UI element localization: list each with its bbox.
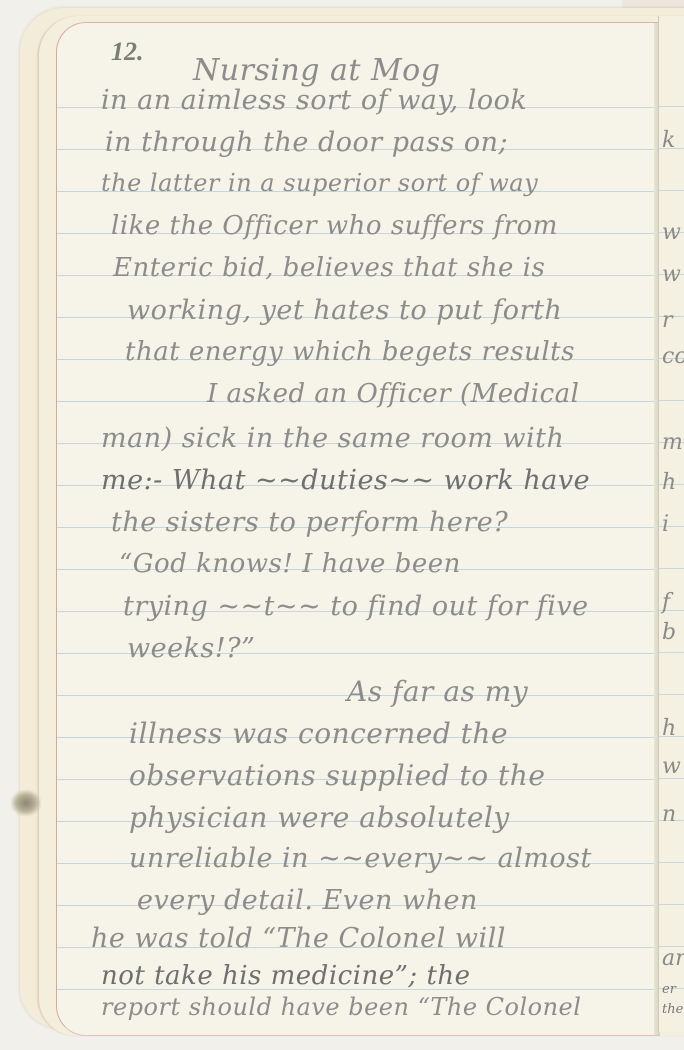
facing-page-fragment: then	[662, 1002, 684, 1017]
text-line: in an aimless sort of way, look	[101, 85, 527, 116]
text-line: observations supplied to the	[129, 759, 545, 792]
text-line: report should have been “The Colonel	[101, 993, 581, 1021]
text-line: illness was concerned the	[129, 717, 508, 750]
facing-page-fragment: i	[662, 512, 669, 537]
ruled-line	[659, 694, 684, 695]
text-line: in through the door pass on;	[105, 127, 508, 158]
ruled-line	[659, 568, 684, 569]
text-line: weeks!?”	[127, 633, 255, 664]
facing-page-fragment: n	[662, 802, 676, 827]
facing-page-fragment: m	[662, 430, 683, 455]
text-line: As far as my	[347, 675, 528, 708]
text-line: Enteric bid, believes that she is	[113, 253, 545, 283]
ruled-line	[659, 652, 684, 653]
text-line: “God knows! I have been	[119, 549, 461, 579]
ruled-line	[659, 862, 684, 863]
text-line: not take his medicine”; the	[101, 961, 471, 991]
facing-page-fragment: f	[662, 590, 670, 615]
text-line: he was told “The Colonel will	[91, 923, 506, 954]
page-heading: Nursing at Mog	[193, 53, 440, 88]
facing-page-fragment: w	[662, 754, 681, 779]
facing-page-fragment: h	[662, 470, 676, 495]
ruled-line	[659, 190, 684, 191]
text-line: unreliable in ~~every~~ almost	[129, 843, 592, 874]
ruled-line	[659, 400, 684, 401]
page-edge-stain	[11, 790, 41, 816]
notebook-page: 12. Nursing at Mog in an aimless sort of…	[56, 22, 660, 1036]
facing-page-fragment: r	[662, 308, 673, 333]
facing-page-fragment: b	[662, 620, 676, 645]
text-line: working, yet hates to put forth	[127, 295, 562, 326]
facing-page-fragment: w	[662, 220, 681, 245]
facing-page-fragment: h	[662, 716, 676, 741]
text-line: physician were absolutely	[129, 801, 510, 834]
text-line: every detail. Even when	[137, 885, 478, 916]
facing-page-fragment: co	[662, 344, 684, 369]
text-line: I asked an Officer (Medical	[207, 379, 579, 409]
facing-page-fragment: er	[662, 982, 676, 997]
text-line: the latter in a superior sort of way	[101, 169, 538, 197]
text-line: the sisters to perform here?	[111, 507, 508, 538]
facing-page-fragment: k	[662, 128, 675, 153]
facing-page-fragment: w	[662, 262, 681, 287]
page-number: 12.	[111, 37, 144, 67]
ruled-line	[659, 106, 684, 107]
text-line: like the Officer who suffers from	[111, 211, 558, 241]
text-line: that energy which begets results	[125, 337, 575, 367]
facing-page-edge: k w w r co m h i f b h w n ar er then	[658, 16, 684, 1032]
text-line: trying ~~t~~ to find out for five	[123, 591, 589, 622]
text-line: man) sick in the same room with	[101, 423, 564, 454]
ruled-line	[659, 904, 684, 905]
text-line: me:- What ~~duties~~ work have	[101, 465, 590, 496]
facing-page-fragment: ar	[662, 946, 684, 971]
